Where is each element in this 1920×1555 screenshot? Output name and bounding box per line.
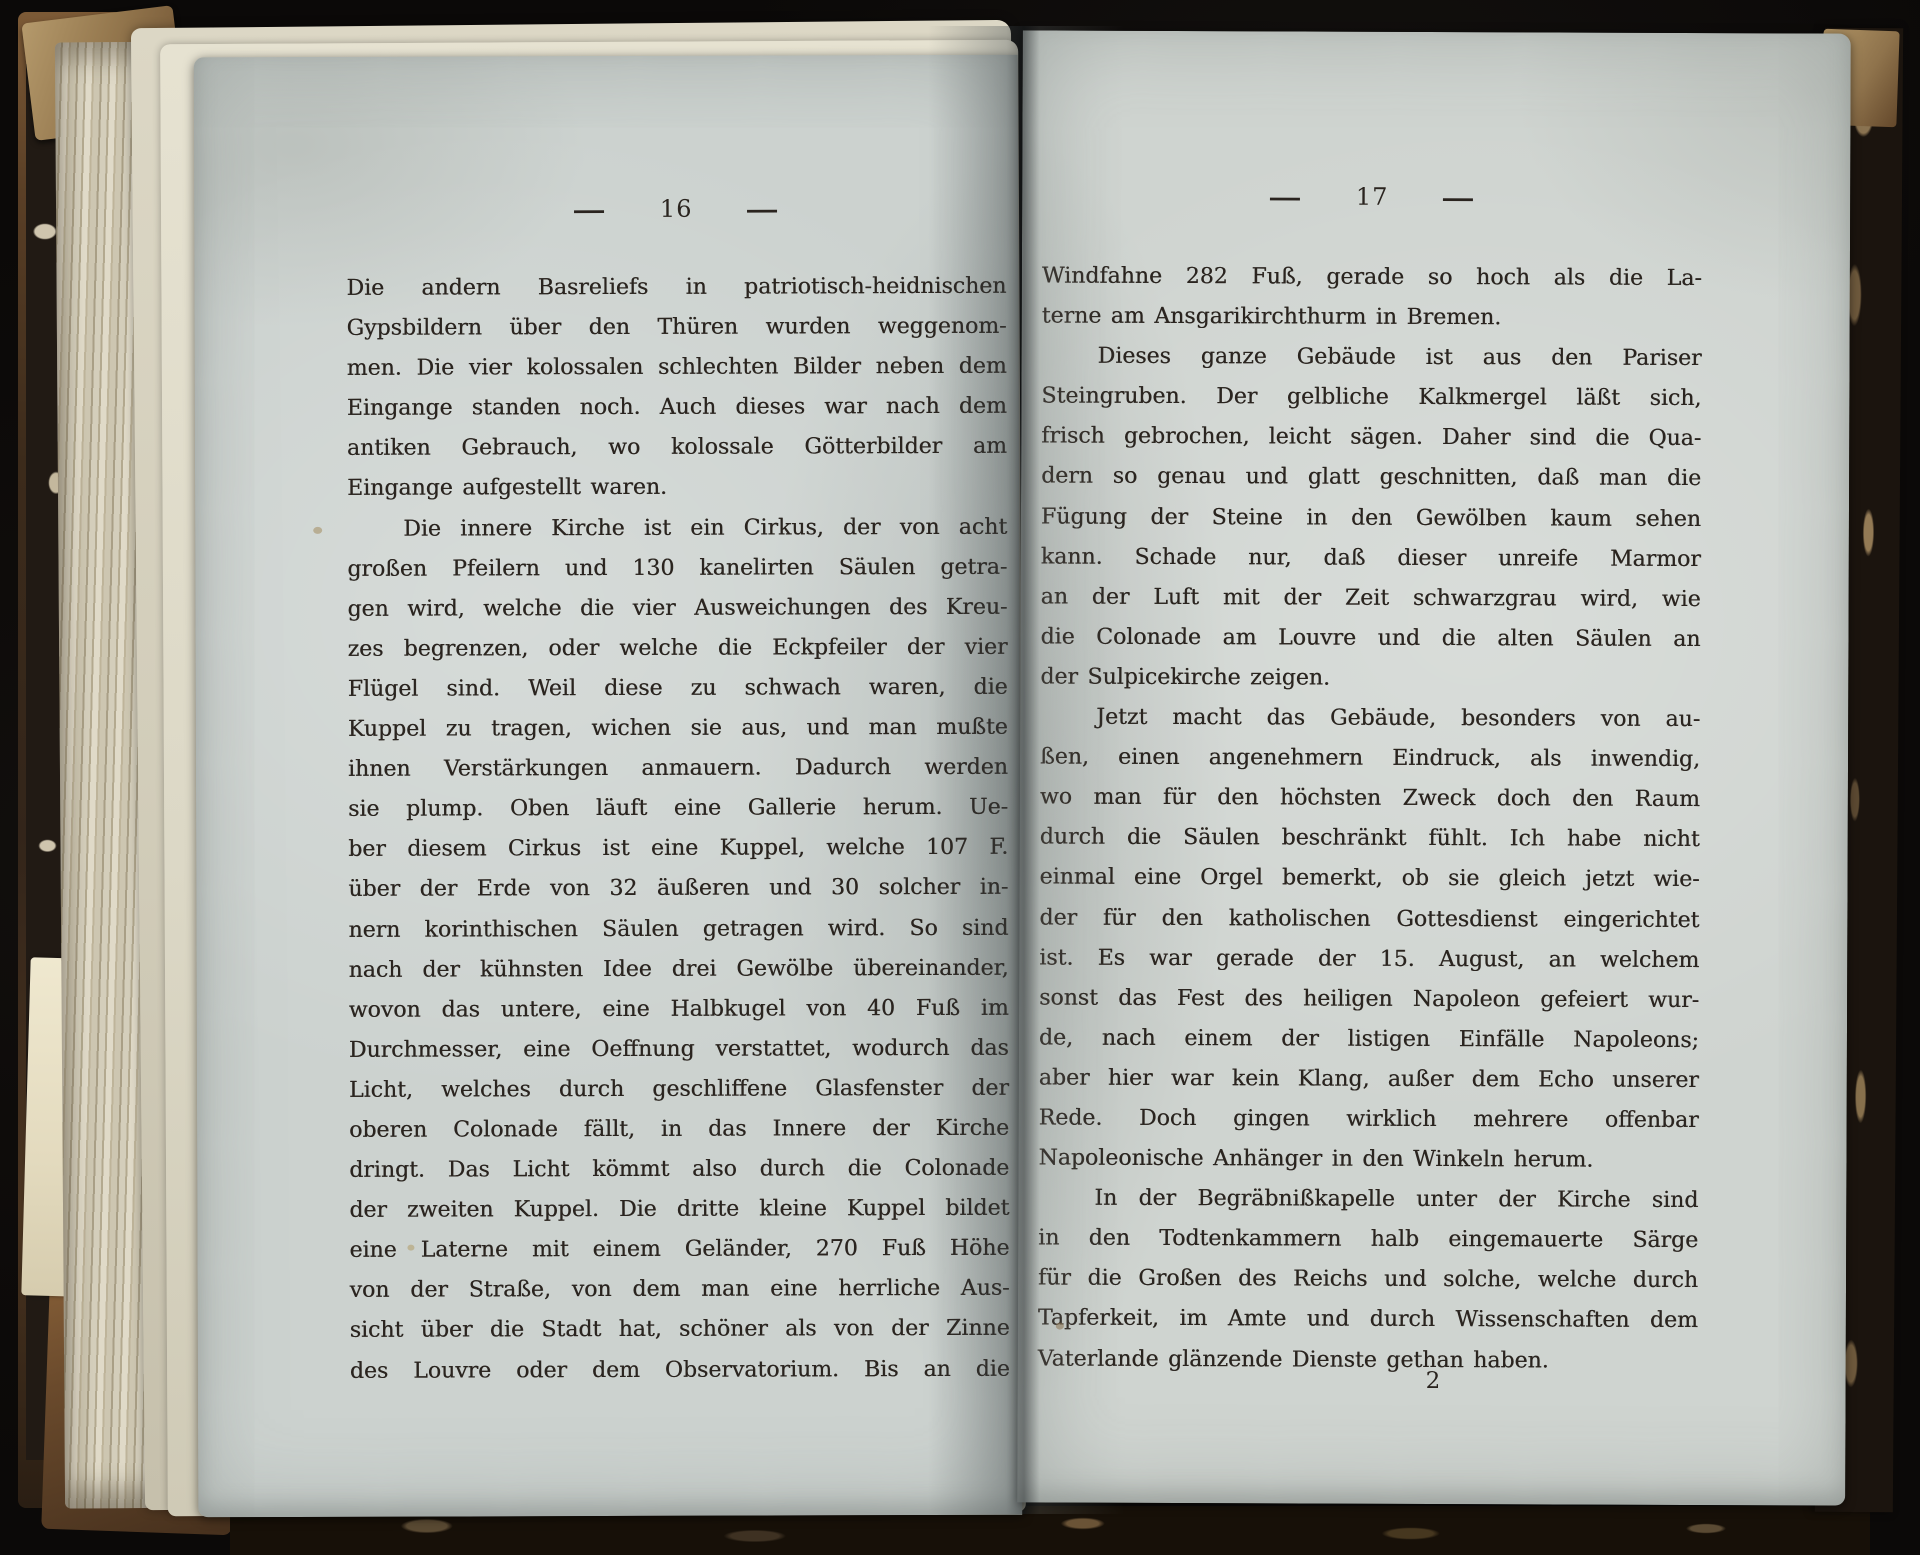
text-line: dringt. Das Licht kömmt also durch die C… — [349, 1149, 1009, 1191]
text-line: aber hier war kein Klang, außer dem Echo… — [1039, 1058, 1699, 1101]
text-line: an der Luft mit der Zeit schwarzgrau wir… — [1041, 577, 1701, 620]
right-page-running-head: — 17 — — [1042, 178, 1702, 215]
text-line: Napoleonische Anhänger in den Winkeln he… — [1038, 1139, 1698, 1182]
text-line: Eingange standen noch. Auch dieses war n… — [347, 387, 1007, 429]
left-page: — 16 — Die andern Basreliefs in patrioti… — [194, 55, 1023, 1518]
right-page-number: 17 — [1356, 183, 1389, 211]
text-line: Kuppel zu tragen, wichen sie aus, und ma… — [348, 708, 1008, 750]
text-line: Fügung der Steine in den Gewölben kaum s… — [1041, 497, 1701, 540]
signature-mark: 2 — [1426, 1368, 1441, 1394]
text-line: nach der kühnsten Idee drei Gewölbe über… — [349, 948, 1009, 990]
left-page-running-head: — 16 — — [346, 191, 1006, 227]
text-line: gen wird, welche die vier Ausweichungen … — [347, 587, 1007, 629]
text-line: Die andern Basreliefs in patriotisch-hei… — [346, 267, 1006, 309]
text-line: Licht, welches durch geschliffene Glasfe… — [349, 1069, 1009, 1111]
text-line: sicht über die Stadt hat, schöner als vo… — [350, 1309, 1010, 1351]
paper-stain — [1056, 1323, 1064, 1330]
text-line: wo man für den höchsten Zweck doch den R… — [1040, 778, 1700, 821]
text-line: über der Erde von 32 äußeren und 30 solc… — [348, 868, 1008, 910]
text-line: ber diesem Cirkus ist eine Kuppel, welch… — [348, 828, 1008, 870]
text-line: durch die Säulen beschränkt fühlt. Ich h… — [1040, 818, 1700, 861]
text-line: Flügel sind. Weil diese zu schwach waren… — [348, 668, 1008, 710]
text-line: Windfahne 282 Fuß, gerade so hoch als di… — [1042, 256, 1702, 299]
text-line: oberen Colonade fällt, in das Innere der… — [349, 1109, 1009, 1151]
text-line: ist. Es war gerade der 15. August, an we… — [1039, 938, 1699, 981]
text-line: für die Großen des Reichs und solche, we… — [1038, 1259, 1698, 1302]
text-line: von der Straße, von dem man eine herrlic… — [350, 1269, 1010, 1311]
text-line: der für den katholischen Gottesdienst ei… — [1039, 898, 1699, 941]
text-line: nern korinthischen Säulen getragen wird.… — [348, 908, 1008, 950]
header-rule-left: — — [1268, 182, 1303, 211]
text-line: eine Laterne mit einem Geländer, 270 Fuß… — [349, 1229, 1009, 1271]
text-line: Dieses ganze Gebäude ist aus den Pariser — [1041, 337, 1701, 380]
text-line: frisch gebrochen, leicht sägen. Daher si… — [1041, 417, 1701, 460]
text-line: Vaterlande glänzende Dienste gethan habe… — [1038, 1339, 1698, 1382]
header-rule-left: — — [572, 195, 607, 224]
paper-stain — [407, 1245, 414, 1251]
text-line: in den Todtenkammern halb eingemauerte S… — [1038, 1219, 1698, 1262]
text-line: Tapferkeit, im Amte und durch Wissenscha… — [1038, 1299, 1698, 1342]
photo-of-open-book: { "palette":{"background":"#0b0908","pap… — [0, 0, 1920, 1555]
text-line: kann. Schade nur, daß dieser unreife Mar… — [1041, 537, 1701, 580]
text-line: men. Die vier kolossalen schlechten Bild… — [347, 347, 1007, 389]
text-line: antiken Gebrauch, wo kolossale Götterbil… — [347, 427, 1007, 469]
header-rule-right: — — [745, 194, 780, 223]
text-line: terne am Ansgarikirchthurm in Bremen. — [1042, 297, 1702, 340]
text-line: die Colonade am Louvre und die alten Säu… — [1040, 617, 1700, 660]
text-line: sie plump. Oben läuft eine Gallerie heru… — [348, 788, 1008, 830]
text-line: dern so genau und glatt geschnitten, daß… — [1041, 457, 1701, 500]
text-line: einmal eine Orgel bemerkt, ob sie gleich… — [1039, 858, 1699, 901]
text-line: Gypsbildern über den Thüren wurden wegge… — [346, 307, 1006, 349]
text-line: der Sulpicekirche zeigen. — [1040, 657, 1700, 700]
text-line: de, nach einem der listigen Einfälle Nap… — [1039, 1018, 1699, 1061]
right-page-text-block: Windfahne 282 Fuß, gerade so hoch als di… — [1038, 256, 1702, 1381]
text-line: In der Begräbnißkapelle unter der Kirche… — [1038, 1179, 1698, 1222]
right-page: — 17 — Windfahne 282 Fuß, gerade so hoch… — [1017, 30, 1851, 1505]
text-line: zes begrenzen, oder welche die Eckpfeile… — [348, 628, 1008, 670]
left-page-text-block: Die andern Basreliefs in patriotisch-hei… — [346, 267, 1010, 1392]
text-line: großen Pfeilern und 130 kanelirten Säule… — [347, 547, 1007, 589]
text-line: Jetzt macht das Gebäude, besonders von a… — [1040, 698, 1700, 741]
text-line: Die innere Kirche ist ein Cirkus, der vo… — [347, 507, 1007, 549]
text-line: Steingruben. Der gelbliche Kalkmergel lä… — [1041, 377, 1701, 420]
text-line: Eingange aufgestellt waren. — [347, 467, 1007, 509]
text-line: ßen, einen angenehmern Eindruck, als inw… — [1040, 738, 1700, 781]
text-line: Durchmesser, eine Oeffnung verstattet, w… — [349, 1029, 1009, 1071]
paper-stain — [313, 527, 322, 534]
header-rule-right: — — [1441, 183, 1476, 212]
text-line: wovon das untere, eine Halbkugel von 40 … — [349, 988, 1009, 1030]
text-line: Rede. Doch gingen wirklich mehrere offen… — [1039, 1098, 1699, 1141]
left-page-number: 16 — [660, 195, 693, 223]
text-line: ihnen Verstärkungen anmauern. Dadurch we… — [348, 748, 1008, 790]
text-line: der zweiten Kuppel. Die dritte kleine Ku… — [349, 1189, 1009, 1231]
text-line: sonst das Fest des heiligen Napoleon gef… — [1039, 978, 1699, 1021]
text-line: des Louvre oder dem Observatorium. Bis a… — [350, 1349, 1010, 1391]
